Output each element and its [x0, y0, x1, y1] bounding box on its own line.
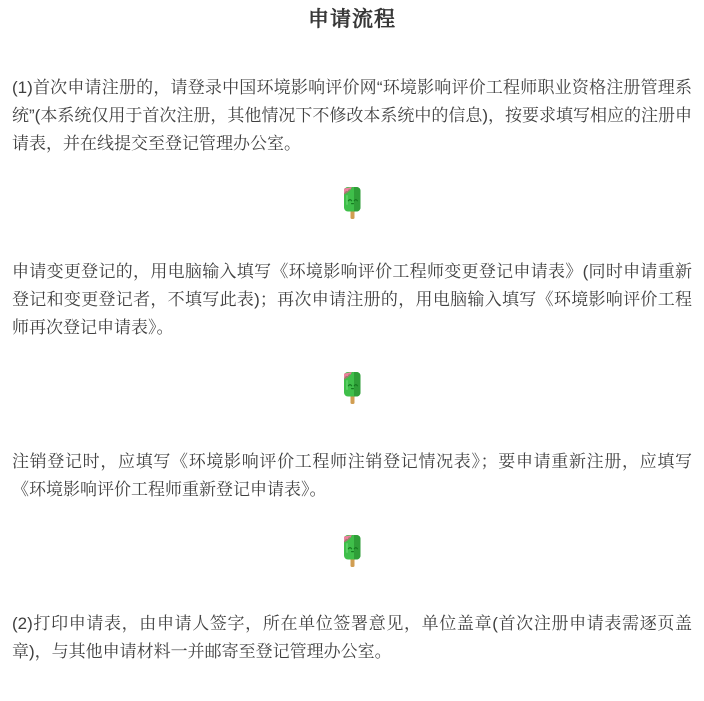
divider-icon-row [12, 371, 692, 405]
paragraph-print-and-mail: (2)打印申请表，由申请人签字，所在单位签署意见，单位盖章(首次注册申请表需逐页… [12, 610, 692, 666]
popsicle-highlight [346, 380, 348, 390]
popsicle-icon [343, 186, 362, 220]
paragraph-first-registration: (1)首次申请注册的，请登录中国环境影响评价网“环境影响评价工程师职业资格注册管… [12, 74, 692, 158]
paragraph-cancel-registration: 注销登记时，应填写《环境影响评价工程师注销登记情况表》；要申请重新注册，应填写《… [12, 448, 692, 504]
divider-icon-row [12, 186, 692, 220]
popsicle-icon [343, 371, 362, 405]
popsicle-highlight [346, 195, 348, 205]
divider-icon-row [12, 534, 692, 568]
page-title: 申请流程 [12, 6, 692, 34]
document: 申请流程 (1)首次申请注册的，请登录中国环境影响评价网“环境影响评价工程师职业… [0, 0, 704, 666]
popsicle-highlight [346, 543, 348, 553]
paragraph-change-registration: 申请变更登记的，用电脑输入填写《环境影响评价工程师变更登记申请表》(同时申请重新… [12, 258, 692, 342]
popsicle-icon [343, 534, 362, 568]
